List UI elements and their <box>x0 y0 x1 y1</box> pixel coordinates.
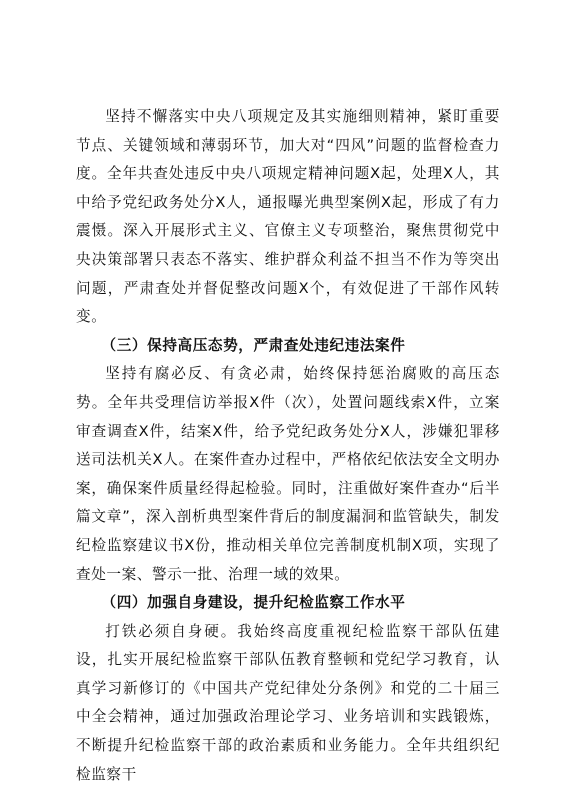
paragraph-eight-point-regulations: 坚持不懈落实中央八项规定及其实施细则精神，紧盯重要节点、关键领域和薄弱环节，加大… <box>76 103 500 332</box>
paragraph-case-handling: 坚持有腐必反、有贪必肃，始终保持惩治腐败的高压态势。全年共受理信访举报X件（次）… <box>76 360 500 589</box>
section-heading-three: （三）保持高压态势，严肃查处违纪违法案件 <box>76 332 500 361</box>
document-page: 坚持不懈落实中央八项规定及其实施细则精神，紧盯重要节点、关键领域和薄弱环节，加大… <box>0 0 570 807</box>
paragraph-self-construction: 打铁必须自身硬。我始终高度重视纪检监察干部队伍建设，扎实开展纪检监察干部队伍教育… <box>76 618 500 790</box>
document-body: 坚持不懈落实中央八项规定及其实施细则精神，紧盯重要节点、关键领域和薄弱环节，加大… <box>76 103 500 789</box>
section-heading-four: （四）加强自身建设，提升纪检监察工作水平 <box>76 589 500 618</box>
